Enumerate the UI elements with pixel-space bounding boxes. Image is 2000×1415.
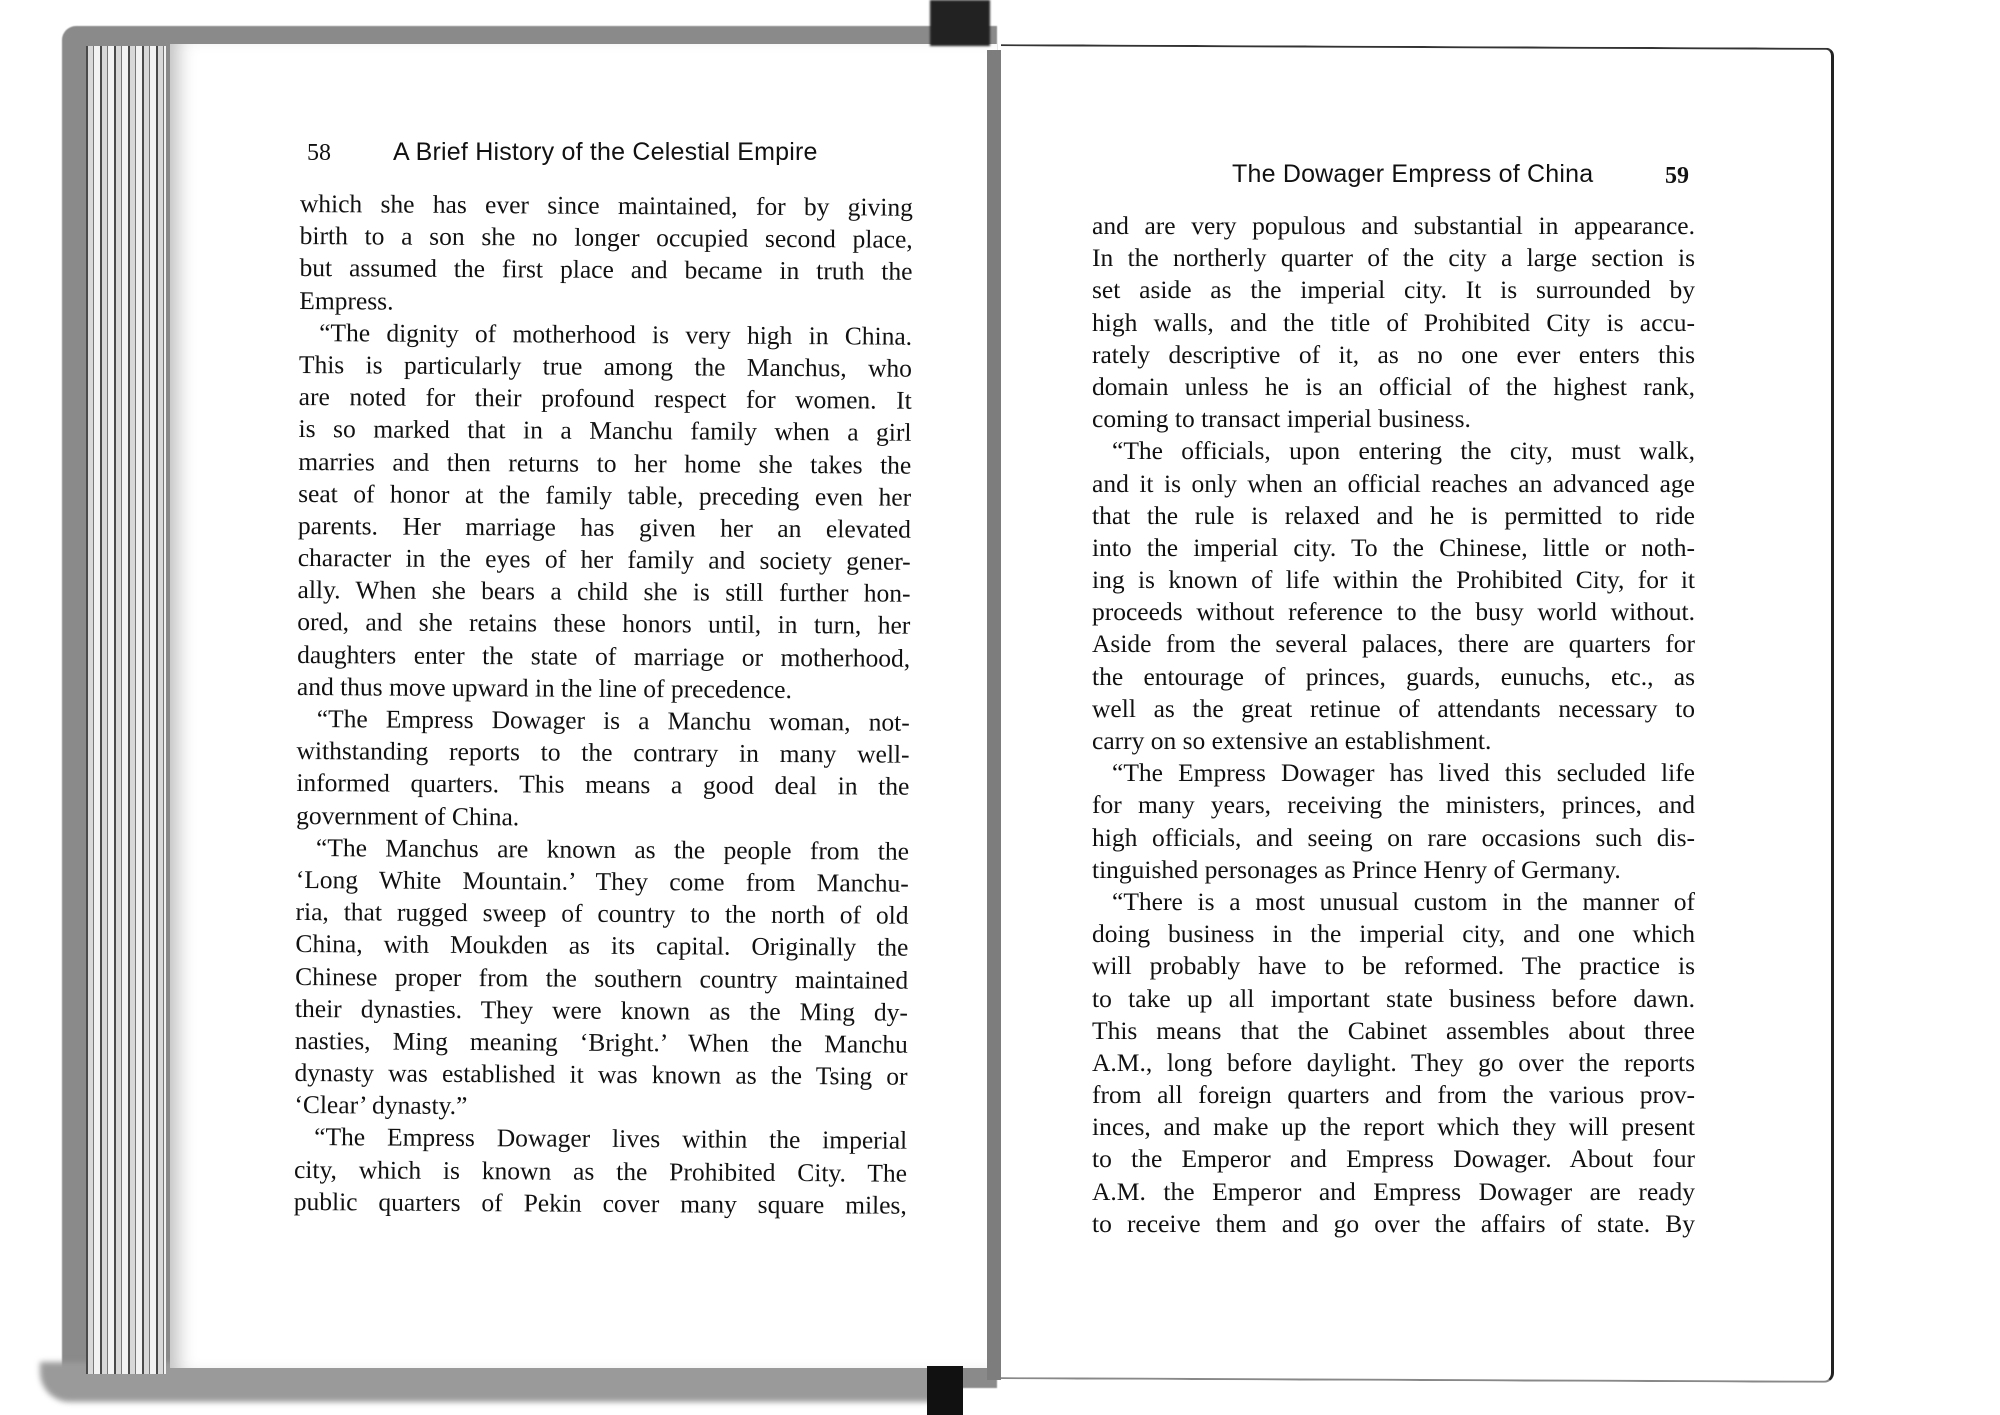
text-line: are noted for their profound respect for… [299, 381, 912, 417]
bottom-edge-shadow [40, 1362, 960, 1402]
text-line: coming to transact imperial business. [1092, 403, 1695, 435]
text-line: from all foreign quarters and from the v… [1092, 1079, 1695, 1111]
text-line: birth to a son she no longer occupied se… [300, 220, 913, 256]
text-line: ored, and she retains these honors until… [297, 606, 910, 642]
text-line: dynasty was established it was known as … [294, 1057, 907, 1093]
text-line: “The officials, upon entering the city, … [1092, 435, 1695, 467]
text-line: to the Emperor and Empress Dowager. Abou… [1092, 1143, 1695, 1175]
text-line: nasties, Ming meaning ‘Bright.’ When the… [295, 1025, 908, 1061]
text-line: carry on so extensive an establishment. [1092, 725, 1695, 757]
text-line: set aside as the imperial city. It is su… [1092, 274, 1695, 306]
text-line: proceeds without reference to the busy w… [1092, 596, 1695, 628]
text-line: and thus move upward in the line of prec… [297, 671, 910, 707]
text-line: “The Manchus are known as the people fro… [296, 832, 909, 868]
text-line: to receive them and go over the affairs … [1092, 1208, 1695, 1240]
text-line: This means that the Cabinet assembles ab… [1092, 1015, 1695, 1047]
text-line: seat of honor at the family table, prece… [298, 478, 911, 514]
text-line: high walls, and the title of Prohibited … [1092, 307, 1695, 339]
text-line: ally. When she bears a child she is stil… [297, 574, 910, 610]
right-page-body: and are very populous and substantial in… [1092, 210, 1695, 1240]
text-line: daughters enter the state of marriage or… [297, 639, 910, 675]
text-line: for many years, receiving the ministers,… [1092, 789, 1695, 821]
left-running-head: A Brief History of the Celestial Empire [393, 138, 818, 167]
text-line: Chinese proper from the southern country… [295, 960, 908, 996]
text-line: withstanding reports to the contrary in … [296, 735, 909, 771]
text-line: rately descriptive of it, as no one ever… [1092, 339, 1695, 371]
gutter-shadow [987, 50, 1001, 1380]
text-line: doing business in the imperial city, and… [1092, 918, 1695, 950]
text-line: “The Empress Dowager has lived this secl… [1092, 757, 1695, 789]
text-line: This is particularly true among the Manc… [299, 349, 912, 385]
text-line: informed quarters. This means a good dea… [296, 767, 909, 803]
text-line: tinguished personages as Prince Henry of… [1092, 854, 1695, 886]
text-line: In the northerly quarter of the city a l… [1092, 242, 1695, 274]
text-line: Aside from the several palaces, there ar… [1092, 628, 1695, 660]
text-line: A.M. the Emperor and Empress Dowager are… [1092, 1176, 1695, 1208]
text-line: to take up all important state business … [1092, 983, 1695, 1015]
text-line: marries and then returns to her home she… [298, 445, 911, 481]
text-line: city, which is known as the Prohibited C… [294, 1154, 907, 1190]
text-line: and it is only when an official reaches … [1092, 468, 1695, 500]
text-line: which she has ever since maintained, for… [300, 188, 913, 224]
text-line: Empress. [299, 285, 912, 321]
text-line: well as the great retinue of attendants … [1092, 693, 1695, 725]
text-line: ‘Clear’ dynasty.” [294, 1089, 907, 1125]
text-line: is so marked that in a Manchu family whe… [298, 413, 911, 449]
left-page-body: which she has ever since maintained, for… [294, 188, 913, 1222]
text-line: “There is a most unusual custom in the m… [1092, 886, 1695, 918]
text-line: that the rule is relaxed and he is permi… [1092, 500, 1695, 532]
text-line: China, with Moukden as its capital. Orig… [295, 928, 908, 964]
text-line: ‘Long White Mountain.’ They come from Ma… [296, 864, 909, 900]
spine-bottom [927, 1366, 963, 1415]
right-page-number: 59 [1665, 163, 1689, 190]
text-line: A.M., long before daylight. They go over… [1092, 1047, 1695, 1079]
left-page-number: 58 [307, 140, 331, 167]
text-line: the entourage of princes, guards, eunuch… [1092, 661, 1695, 693]
text-line: domain unless he is an official of the h… [1092, 371, 1695, 403]
text-line: ing is known of life within the Prohibit… [1092, 564, 1695, 596]
text-line: ria, that rugged sweep of country to the… [295, 896, 908, 932]
spine-top [930, 0, 990, 46]
text-line: but assumed the first place and became i… [299, 252, 912, 288]
text-line: government of China. [296, 800, 909, 836]
text-line: “The Empress Dowager lives within the im… [294, 1121, 907, 1157]
stacked-page-edges [86, 46, 166, 1374]
text-line: will probably have to be reformed. The p… [1092, 950, 1695, 982]
text-line: character in the eyes of her family and … [298, 542, 911, 578]
book-scan: 58 A Brief History of the Celestial Empi… [0, 0, 2000, 1415]
text-line: high officials, and seeing on rare occas… [1092, 822, 1695, 854]
text-line: public quarters of Pekin cover many squa… [294, 1186, 907, 1222]
text-line: their dynasties. They were known as the … [295, 993, 908, 1029]
text-line: “The Empress Dowager is a Manchu woman, … [297, 703, 910, 739]
text-line: and are very populous and substantial in… [1092, 210, 1695, 242]
text-line: into the imperial city. To the Chinese, … [1092, 532, 1695, 564]
text-line: parents. Her marriage has given her an e… [298, 510, 911, 546]
text-line: “The dignity of motherhood is very high … [299, 317, 912, 353]
text-line: inces, and make up the report which they… [1092, 1111, 1695, 1143]
right-running-head: The Dowager Empress of China [1232, 160, 1593, 189]
